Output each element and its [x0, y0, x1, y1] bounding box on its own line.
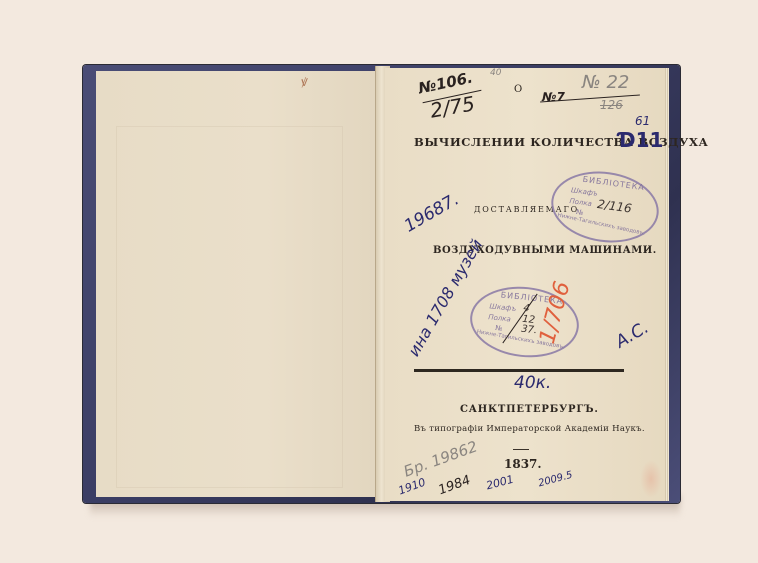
hw-bottom-row: 1910 1984 2001 2009.5: [398, 480, 588, 500]
hw-crossed-number-2: 126: [600, 98, 623, 112]
title-rule: [414, 369, 624, 372]
left-page-offset-imprint: [116, 126, 343, 488]
foxing-stain: [640, 460, 662, 498]
hw-price: 40к.: [514, 373, 551, 393]
stamp1-shelf2-value: 2/116: [596, 197, 632, 216]
stamp1-shelf-label: Шкафъ: [570, 186, 598, 198]
left-endpaper: [96, 71, 378, 497]
stamp2-shelf2-label: Полка: [488, 313, 511, 323]
stamp2-number-value: 37.: [521, 324, 538, 337]
page-edges: [665, 68, 669, 501]
hw-blue-lower: Ɗ11: [618, 128, 663, 152]
hw-pencil-top: 40: [490, 68, 501, 78]
stamp1-shelf2-label: Полка: [569, 197, 592, 208]
stamp2-shelf-label: Шкафъ: [489, 302, 517, 313]
imprint-rule: [513, 449, 529, 450]
imprint-city: САНКТПЕТЕРБУРГЪ.: [460, 404, 599, 415]
title-line-1: ВЫЧИСЛЕНИИ КОЛИЧЕСТВА ВОЗДУХА: [414, 135, 708, 148]
title-preposition: О: [514, 84, 522, 95]
imprint-printer: Въ типографіи Императорской Академіи Нау…: [414, 424, 645, 434]
hw-crossed-number: № 22: [582, 72, 629, 93]
imprint-year: 1837.: [504, 457, 542, 471]
hw-blue-upper: 61: [635, 114, 650, 128]
